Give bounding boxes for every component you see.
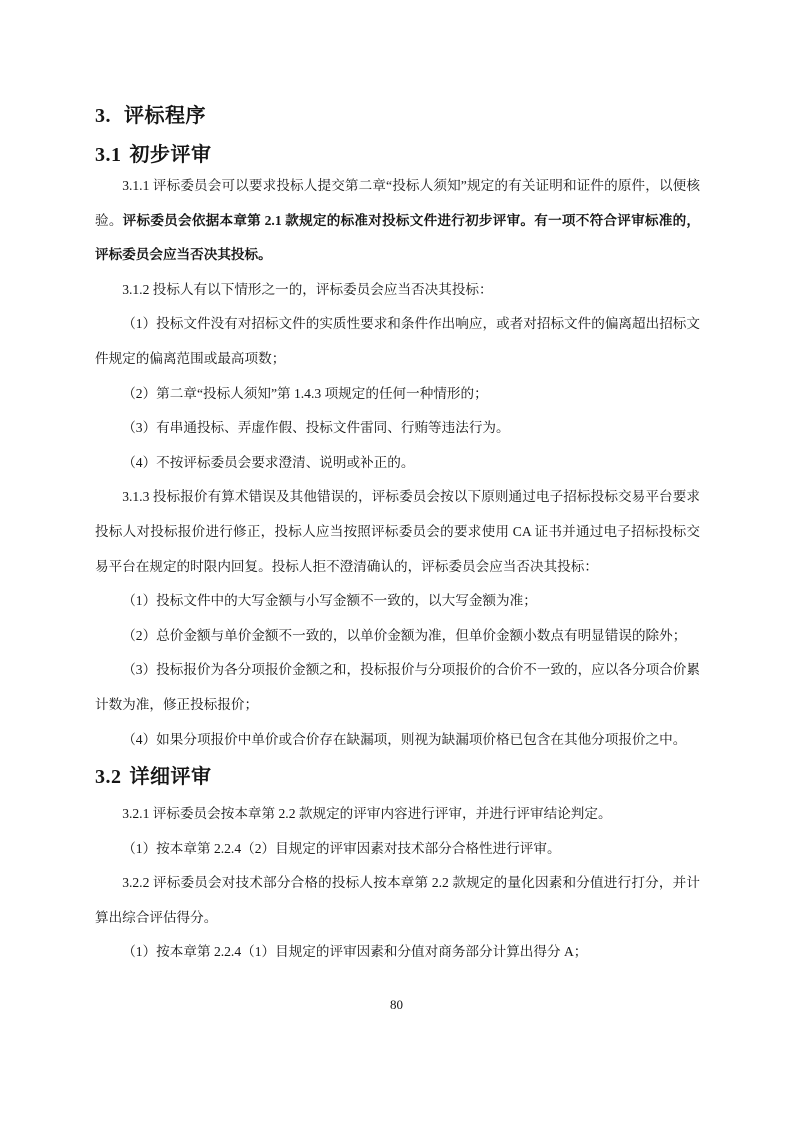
list-item-3-1-2-1: （1）投标文件没有对招标文件的实质性要求和条件作出响应，或者对招标文件的偏离超出… bbox=[95, 307, 700, 376]
paragraph-3-1-1-bold-run: 评标委员会依据本章第 2.1 款规定的标准对投标文件进行初步评审。有一项不符合评… bbox=[95, 213, 700, 263]
document-page: 3.评标程序 3.1初步评审 3.1.1 评标委员会可以要求投标人提交第二章“投… bbox=[0, 0, 793, 1122]
list-item-3-2-1-1: （1）按本章第 2.2.4（2）目规定的评审因素对技术部分合格性进行评审。 bbox=[95, 832, 700, 867]
section-3-1-heading: 3.1初步评审 bbox=[95, 141, 700, 169]
list-item-3-1-3-2: （2）总价金额与单价金额不一致的，以单价金额为准，但单价金额小数点有明显错误的除… bbox=[95, 619, 700, 654]
list-item-3-1-2-3: （3）有串通投标、弄虚作假、投标文件雷同、行贿等违法行为。 bbox=[95, 411, 700, 446]
paragraph-3-2-1: 3.2.1 评标委员会按本章第 2.2 款规定的评审内容进行评审，并进行评审结论… bbox=[95, 797, 700, 832]
list-item-3-1-2-2: （2）第二章“投标人须知”第 1.4.3 项规定的任何一种情形的； bbox=[95, 377, 700, 412]
section-3-1-number: 3.1 bbox=[95, 144, 122, 166]
section-3-1-title: 初步评审 bbox=[130, 144, 212, 166]
paragraph-3-1-2: 3.1.2 投标人有以下情形之一的，评标委员会应当否决其投标： bbox=[95, 273, 700, 308]
paragraph-3-1-3: 3.1.3 投标报价有算术错误及其他错误的，评标委员会按以下原则通过电子招标投标… bbox=[95, 480, 700, 584]
list-item-3-1-3-3: （3）投标报价为各分项报价金额之和，投标报价与分项报价的合价不一致的，应以各分项… bbox=[95, 653, 700, 722]
section-3-2-number: 3.2 bbox=[95, 766, 122, 788]
list-item-3-1-3-4: （4）如果分项报价中单价或合价存在缺漏项，则视为缺漏项价格已包含在其他分项报价之… bbox=[95, 723, 700, 758]
paragraph-3-2-2: 3.2.2 评标委员会对技术部分合格的投标人按本章第 2.2 款规定的量化因素和… bbox=[95, 866, 700, 935]
paragraph-3-1-1: 3.1.1 评标委员会可以要求投标人提交第二章“投标人须知”规定的有关证明和证件… bbox=[95, 169, 700, 273]
section-3-2-title: 详细评审 bbox=[130, 766, 212, 788]
list-item-3-1-2-4: （4）不按评标委员会要求澄清、说明或补正的。 bbox=[95, 446, 700, 481]
list-item-3-2-2-1: （1）按本章第 2.2.4（1）目规定的评审因素和分值对商务部分计算出得分 A； bbox=[95, 935, 700, 970]
section-3-number: 3. bbox=[95, 105, 111, 127]
section-3-title: 评标程序 bbox=[124, 105, 206, 127]
list-item-3-1-3-1: （1）投标文件中的大写金额与小写金额不一致的，以大写金额为准； bbox=[95, 584, 700, 619]
page-number: 80 bbox=[0, 997, 793, 1013]
section-3-2-heading: 3.2详细评审 bbox=[95, 763, 700, 791]
section-3-heading: 3.评标程序 bbox=[95, 102, 700, 130]
